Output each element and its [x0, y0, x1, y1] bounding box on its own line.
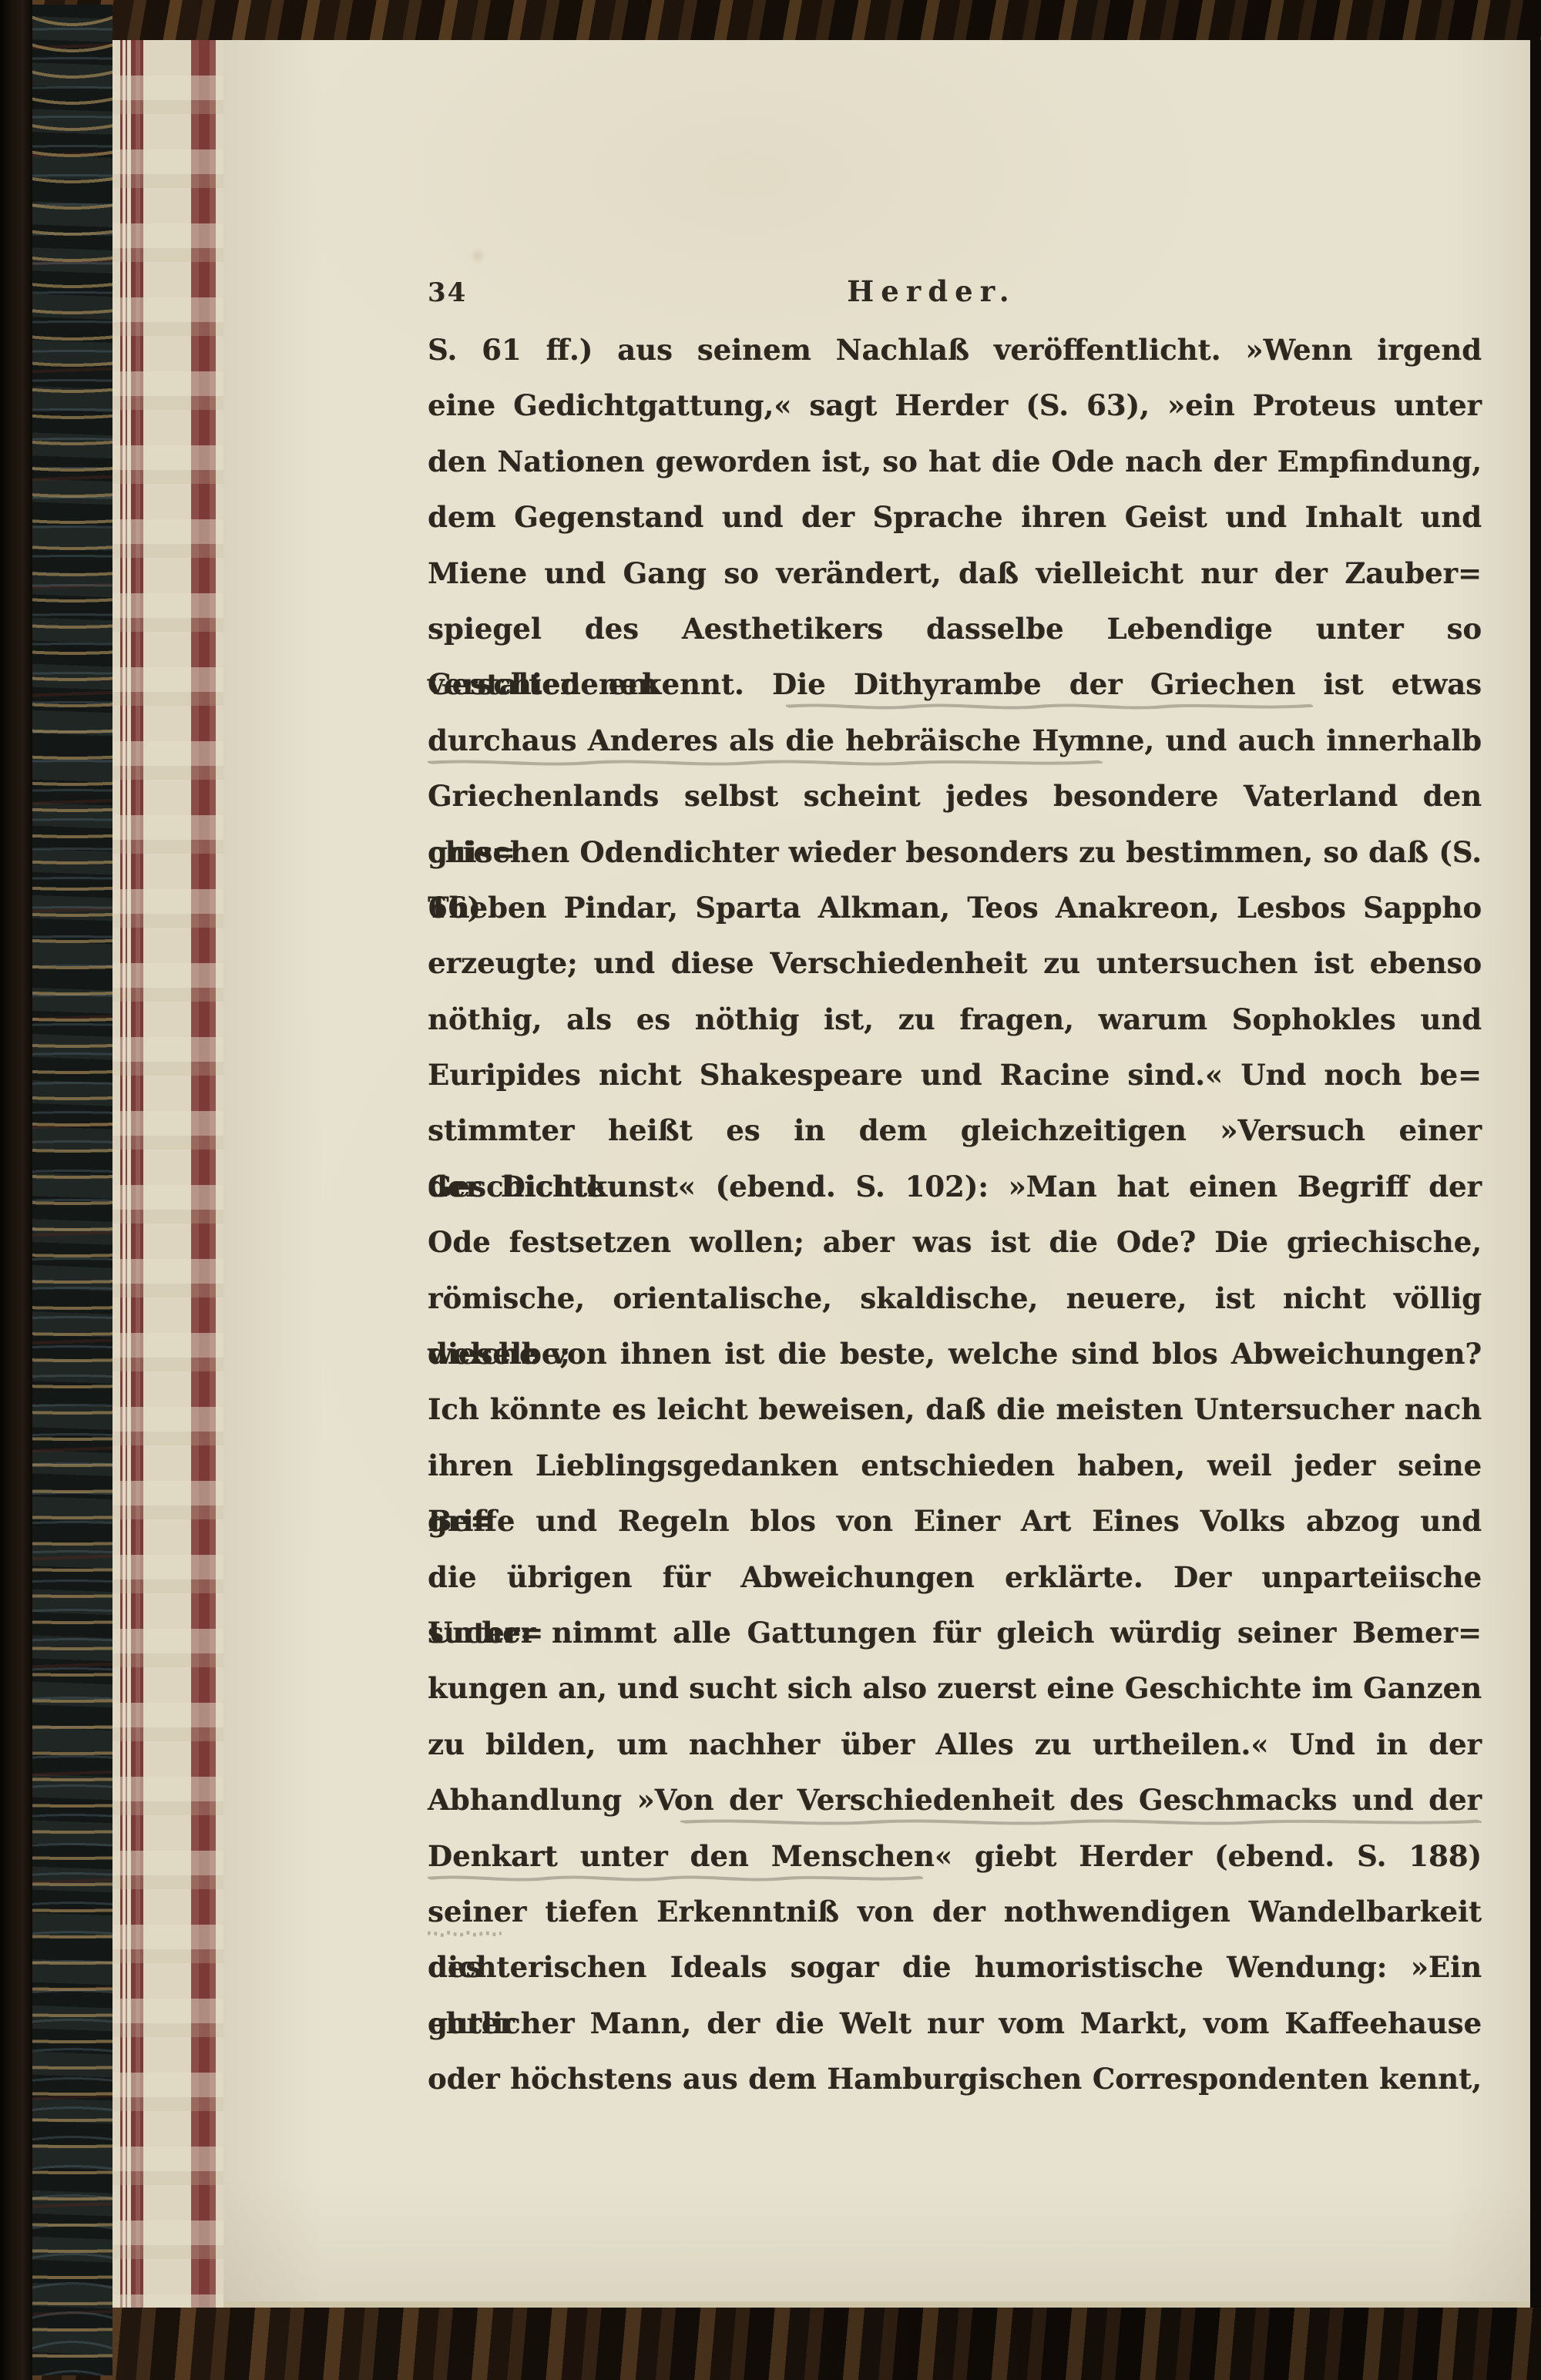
pencil-underline: [428, 1872, 923, 1885]
text-line: ihren Lieblingsgedanken entschieden habe…: [428, 1438, 1482, 1493]
text-line: stimmter heißt es in dem gleichzeitigen …: [428, 1103, 1482, 1158]
text-line: ehrlicher Mann, der die Welt nur vom Mar…: [428, 1996, 1482, 2051]
text-line: Miene und Gang so verändert, daß viellei…: [428, 545, 1482, 601]
text-line: welche von ihnen ist die beste, welche s…: [428, 1326, 1482, 1381]
text-line: spiegel des Aesthetikers dasselbe Lebend…: [428, 601, 1482, 656]
pencil-underline: [680, 1816, 1482, 1828]
text-line: Gestalten erkennt. Die Dithyrambe der Gr…: [428, 656, 1482, 712]
text-line: griffe und Regeln blos von Einer Art Ein…: [428, 1493, 1482, 1549]
marbled-fore-edge: [32, 5, 112, 2375]
text-line: Abhandlung »Von der Verschiedenheit des …: [428, 1772, 1482, 1828]
pencil-underline: [428, 757, 1103, 769]
text-line: Denkart unter den Menschen« giebt Herder…: [428, 1828, 1482, 1884]
text-line: dichterischen Ideals sogar die humoristi…: [428, 1939, 1482, 1995]
text-line: dem Gegenstand und der Sprache ihren Gei…: [428, 489, 1482, 545]
text-line: Ode festsetzen wollen; aber was ist die …: [428, 1214, 1482, 1270]
pencil-underline: [428, 1928, 502, 1940]
text-line: Euripides nicht Shakespeare und Racine s…: [428, 1047, 1482, 1103]
text-line: erzeugte; und diese Verschiedenheit zu u…: [428, 935, 1482, 991]
pencil-underline: [786, 700, 1313, 713]
text-line: die übrigen für Abweichungen erklärte. D…: [428, 1549, 1482, 1605]
text-line: Theben Pindar, Sparta Alkman, Teos Anakr…: [428, 880, 1482, 935]
page-edge-stripes: [112, 40, 223, 2308]
text-line: eine Gedichtgattung,« sagt Herder (S. 63…: [428, 378, 1482, 433]
text-line: den Nationen geworden ist, so hat die Od…: [428, 434, 1482, 489]
text-line: seiner tiefen Erkenntniß von der nothwen…: [428, 1884, 1482, 1939]
text-line: Ich könnte es leicht beweisen, daß die m…: [428, 1381, 1482, 1437]
bottom-cover-edge: [32, 2308, 1541, 2380]
book-spine: [0, 0, 32, 2380]
text-line: durchaus Anderes als die hebräische Hymn…: [428, 713, 1482, 768]
text-line: sucher nimmt alle Gattungen für gleich w…: [428, 1605, 1482, 1660]
text-line: römische, orientalische, skaldische, neu…: [428, 1271, 1482, 1326]
text-line: S. 61 ff.) aus seinem Nachlaß veröffentl…: [428, 322, 1482, 378]
top-cover-edge: [32, 0, 1541, 40]
body-text: S. 61 ff.) aus seinem Nachlaß veröffentl…: [428, 322, 1482, 2107]
text-line: oder höchstens aus dem Hamburgischen Cor…: [428, 2051, 1482, 2106]
page-header: 34 Herder.: [428, 271, 1482, 314]
text-line: Griechenlands selbst scheint jedes beson…: [428, 768, 1482, 824]
text-line: nöthig, als es nöthig ist, zu fragen, wa…: [428, 992, 1482, 1047]
text-line: zu bilden, um nachher über Alles zu urth…: [428, 1717, 1482, 1772]
text-line: der Dichtkunst« (ebend. S. 102): »Man ha…: [428, 1159, 1482, 1214]
book-scan: { "page": { "number": "34", "running_hea…: [0, 0, 1541, 2380]
text-line: kungen an, und sucht sich also zuerst ei…: [428, 1660, 1482, 1716]
text-line: chischen Odendichter wieder besonders zu…: [428, 824, 1482, 880]
running-header: Herder.: [428, 274, 1435, 308]
